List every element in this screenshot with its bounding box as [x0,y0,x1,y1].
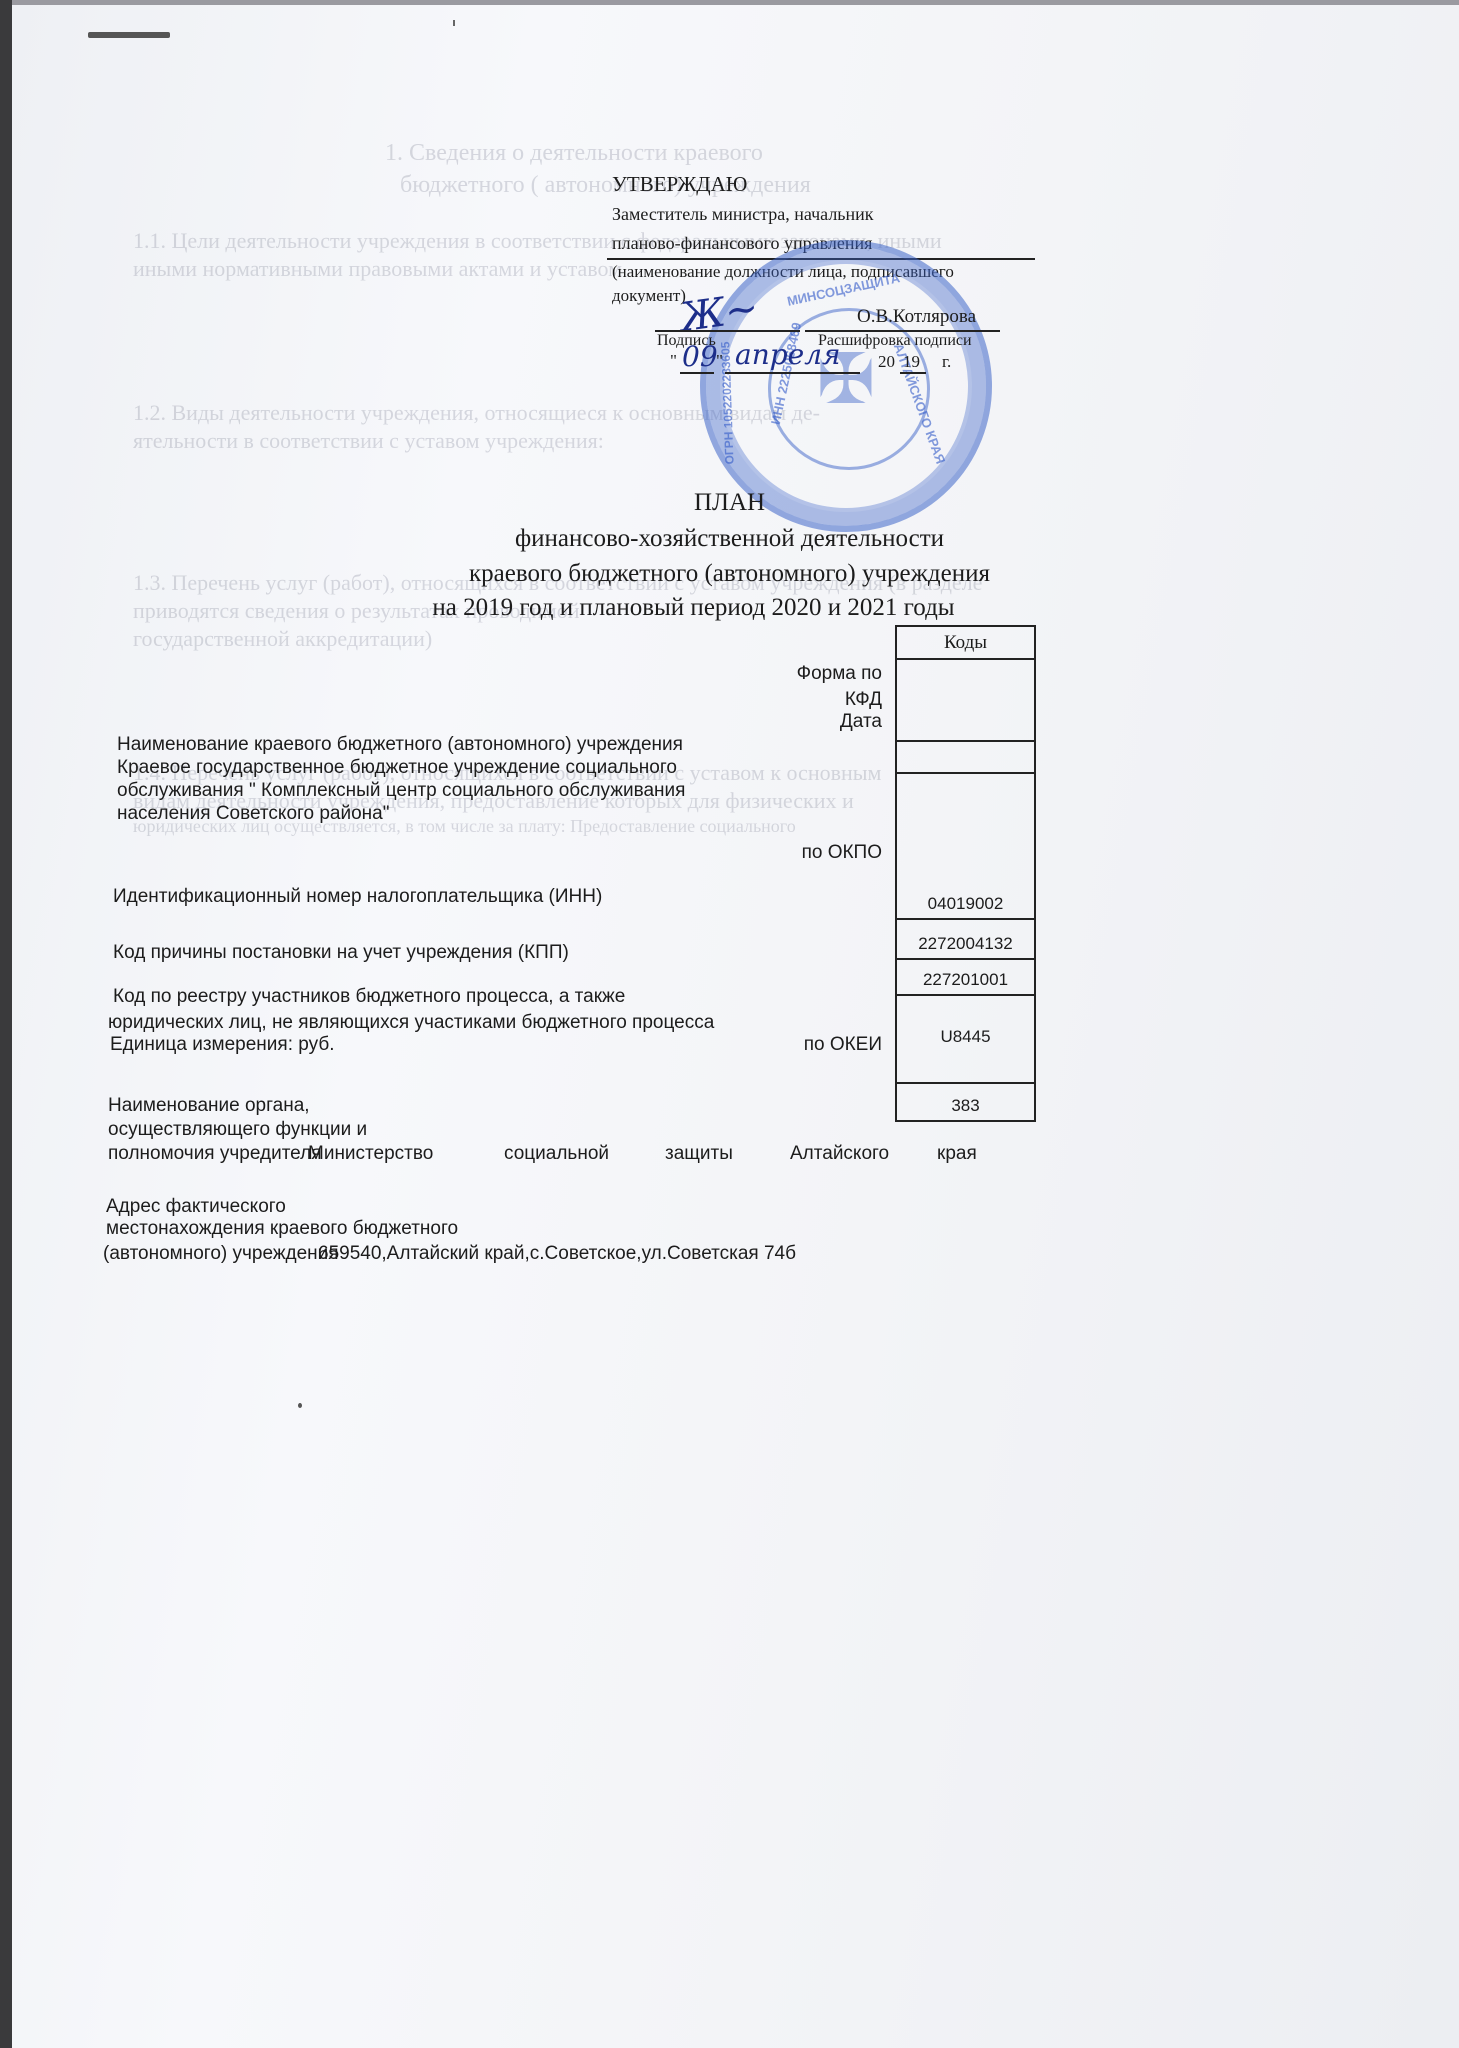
bleed-p2-2: ятельности в соответствии с уставом учре… [133,428,604,454]
date-month-underline [725,372,860,374]
document-subtitle-2: краевого бюджетного (автономного) учрежд… [0,560,1459,588]
approval-title: УТВЕРЖДАЮ [612,172,747,197]
registry-label-1: Код по реестру участников бюджетного про… [113,986,625,1008]
address-label-2: местонахождения краевого бюджетного [106,1218,458,1240]
date-month: апреля [735,338,841,371]
codes-form-value [897,660,1034,742]
date-year-prefix: 20 [878,352,895,372]
bleed-p1-2: иными нормативными правовыми актами и ус… [133,256,622,282]
date-year-underline [900,372,926,374]
okei-label: по ОКЕИ [804,1034,882,1056]
founder-value-4: Алтайского [790,1143,889,1165]
form-label-2: КФД [845,689,882,711]
founder-label-1: Наименование органа, [108,1095,310,1117]
codes-kpp-value: 227201001 [897,960,1034,996]
founder-value-3: защиты [665,1143,733,1165]
document-page: 1. Сведения о деятельности краевого бюдж… [0,0,1459,2048]
address-value: 659540,Алтайский край,с.Советское,ул.Сов… [318,1243,796,1265]
institution-name-3: населения Советского района" [117,803,390,825]
codes-date-value [897,742,1034,774]
date-year: 19 [903,352,920,372]
founder-value-1: Министерство [308,1143,433,1165]
codes-table: Коды 04019002 2272004132 227201001 U8445… [895,625,1036,1122]
address-label-1: Адрес фактического [106,1196,286,1218]
inn-label: Идентификационный номер налогоплательщик… [113,886,602,908]
bleed-heading-1: 1. Сведения о деятельности краевого [385,140,763,167]
seal-text-top: МИНСОЦЗАЩИТА [786,270,901,309]
signer-name: О.В.Котлярова [857,306,976,328]
approval-position-caption-2: документ) [612,286,686,306]
scan-speck [298,1403,302,1408]
staple-mark [88,32,170,38]
codes-okei-value: 383 [897,1084,1034,1120]
date-year-suffix: г. [942,352,951,372]
unit-label: Единица измерения: руб. [110,1034,334,1056]
codes-header: Коды [897,627,1034,660]
bleed-p3-3: государственной аккредитации) [133,626,432,652]
scan-edge-top [0,0,1459,5]
bleed-heading-2: бюджетного ( автономного) учреждения [400,172,811,199]
form-label-1: Форма по [797,663,882,685]
codes-okpo-value: 04019002 [897,774,1034,920]
date-day-underline [680,372,714,374]
kpp-label: Код причины постановки на учет учреждени… [113,942,569,964]
codes-inn-value: 2272004132 [897,920,1034,960]
founder-label-2: осуществляющего функции и [108,1119,367,1141]
date-day: 09 [682,340,718,373]
date-quote-open: " [670,351,677,371]
founder-value-5: края [937,1143,977,1165]
institution-name-label: Наименование краевого бюджетного (автоно… [117,734,683,756]
date-quote-close: " [716,351,723,371]
founder-value-2: социальной [504,1143,609,1165]
signer-name-caption: Расшифровка подписи [818,332,972,350]
codes-registry-value: U8445 [897,996,1034,1084]
document-period: на 2019 год и плановый период 2020 и 202… [0,594,1423,622]
scan-speck [453,20,455,26]
scan-edge-left [0,0,12,2048]
address-label-3: (автономного) учреждения [103,1243,339,1265]
document-title: ПЛАН [0,489,1459,517]
registry-label-2: юридических лиц, не являющихся участикам… [108,1012,714,1034]
date-label: Дата [840,711,882,733]
institution-name-2: обслуживания " Комплексный центр социаль… [117,780,685,802]
approval-position-1: Заместитель министра, начальник [612,204,874,225]
founder-label-3: полномочия учредителя [108,1143,322,1165]
institution-name-1: Краевое государственное бюджетное учрежд… [117,757,677,779]
document-subtitle-1: финансово-хозяйственной деятельности [0,525,1459,553]
okpo-label: по ОКПО [802,842,882,864]
